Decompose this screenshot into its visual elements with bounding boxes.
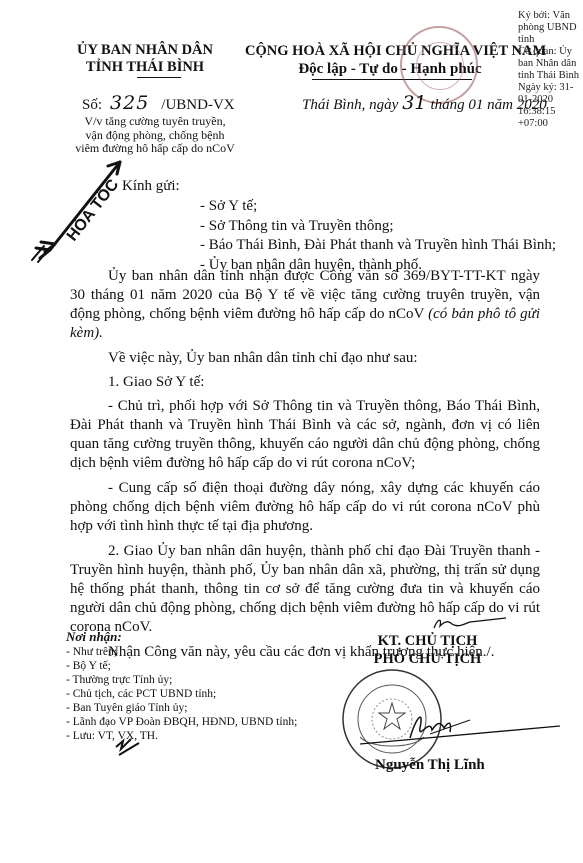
body-item-1b: - Cung cấp số điện thoại đường dây nóng,… (70, 479, 540, 536)
signer-name: Nguyễn Thị Lĩnh (375, 757, 485, 774)
recipient-item: - Sở Y tế; (200, 197, 556, 217)
document-body: Ủy ban nhân dân tỉnh nhận được Công văn … (70, 267, 540, 668)
doc-number-handwritten: 325 (110, 92, 149, 114)
recipient-item: - Sở Thông tin và Truyền thông; (200, 217, 556, 237)
document-date: Thái Bình, ngày31tháng 01 năm 2020 (302, 92, 547, 114)
issuer-header: ỦY BAN NHÂN DÂN TỈNH THÁI BÌNH (50, 42, 240, 76)
urgent-stamp-text: HỎA TỐC (61, 174, 122, 244)
national-title: CỘNG HOÀ XÃ HỘI CHỦ NGHĨA VIỆT NAM (245, 42, 535, 60)
signed-by: Ký bởi: Văn phòng UBND tỉnh (518, 10, 580, 46)
doc-number-prefix: Số: (82, 97, 102, 113)
subject-line-2: vận động phòng, chống bệnh (60, 129, 250, 143)
body-item-1a: - Chủ trì, phối hợp với Sở Thông tin và … (70, 397, 540, 473)
body-item-1-heading: 1. Giao Sở Y tế: (70, 373, 540, 392)
recipient-item: - Báo Thái Bình, Đài Phát thanh và Truyề… (200, 236, 556, 256)
issuer-underline (137, 77, 181, 78)
urgent-stamp-arrow-icon: HỎA TỐC (22, 150, 142, 265)
date-prefix: Thái Bình, ngày (302, 97, 398, 113)
distribution-item: - Như trên; (66, 645, 297, 659)
body-paragraph-directive: Về việc này, Ủy ban nhân dân tỉnh chỉ đạ… (70, 349, 540, 368)
national-motto: Độc lập - Tự do - Hạnh phúc (245, 60, 535, 78)
date-day-handwritten: 31 (402, 92, 426, 114)
document-number: Số:325/UBND-VX (82, 92, 235, 114)
body-paragraph-intro: Ủy ban nhân dân tỉnh nhận được Công văn … (70, 267, 540, 343)
distribution-item: - Thường trực Tỉnh ủy; (66, 673, 297, 687)
distribution-list: Nơi nhận: - Như trên; - Bộ Y tế; - Thườn… (66, 630, 297, 743)
seal-inner-ring (416, 42, 464, 90)
distribution-item: - Bộ Y tế; (66, 659, 297, 673)
date-rest: tháng 01 năm 2020 (430, 97, 546, 113)
handwritten-signature-icon (360, 698, 560, 758)
distribution-item: - Chủ tịch, các PCT UBND tỉnh; (66, 687, 297, 701)
national-header: CỘNG HOÀ XÃ HỘI CHỦ NGHĨA VIỆT NAM Độc l… (245, 42, 535, 78)
signer-position: PHÓ CHỦ TỊCH (360, 650, 495, 668)
initial-scribble-icon (430, 612, 510, 634)
recipient-list: - Sở Y tế; - Sở Thông tin và Truyền thôn… (200, 197, 556, 275)
initial-tick-icon (113, 735, 143, 757)
signer-capacity: KT. CHỦ TỊCH (360, 632, 495, 650)
distribution-item: - Ban Tuyên giáo Tỉnh ủy; (66, 701, 297, 715)
issuer-line-2: TỈNH THÁI BÌNH (50, 59, 240, 76)
distribution-item: - Lãnh đạo VP Đoàn ĐBQH, HĐND, UBND tỉnh… (66, 715, 297, 729)
distribution-item: - Lưu: VT, VX, TH. (66, 729, 297, 743)
salutation: Kính gửi: (122, 178, 180, 195)
issuer-line-1: ỦY BAN NHÂN DÂN (50, 42, 240, 59)
signature-title: KT. CHỦ TỊCH PHÓ CHỦ TỊCH (360, 632, 495, 668)
distribution-title: Nơi nhận: (66, 630, 297, 644)
doc-number-suffix: /UBND-VX (161, 97, 234, 113)
subject-line-1: V/v tăng cường tuyên truyền, (60, 115, 250, 129)
signing-agency: Cơ quan: Ủy ban Nhân dân tỉnh Thái Bình (518, 46, 580, 82)
